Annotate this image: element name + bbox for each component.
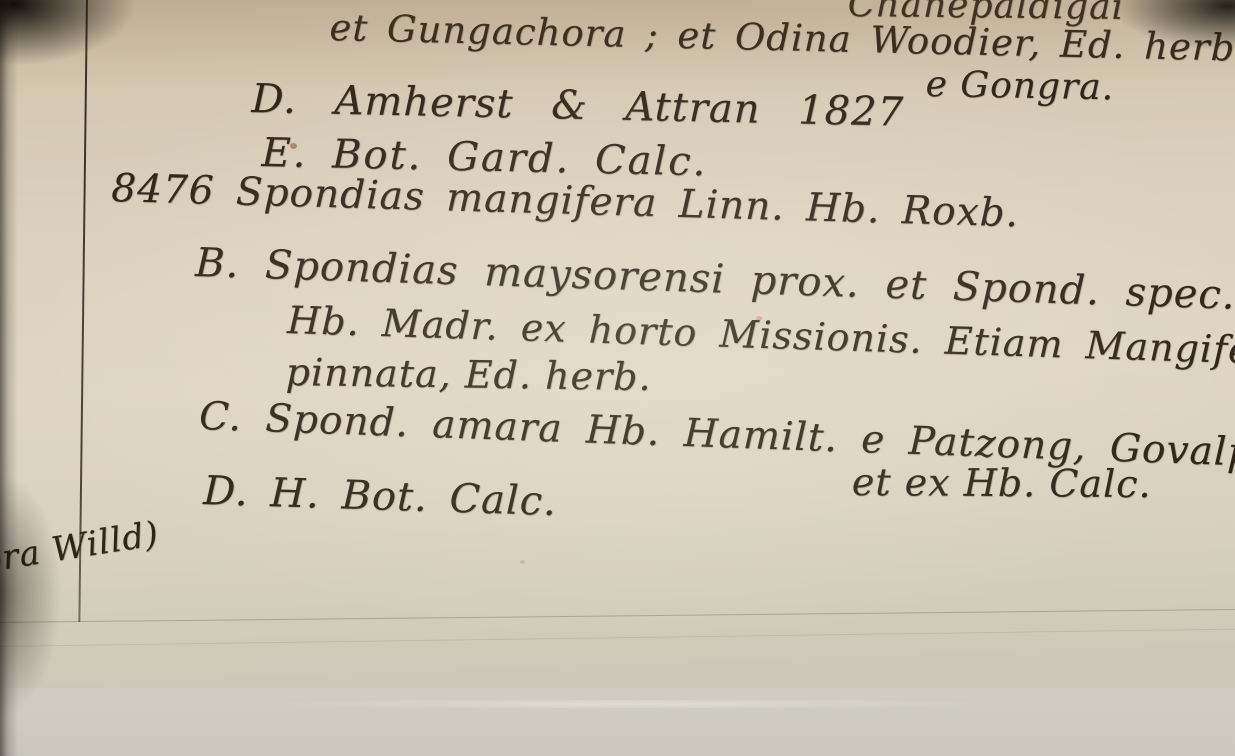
handwriting-line-pinnata: pinnata, Ed. herb. — [285, 350, 652, 399]
paper-sheen-highlight — [180, 700, 1080, 708]
paper-fleck — [520, 560, 525, 564]
bottom-backing-sheet — [0, 688, 1235, 756]
page-bottom-edge-shadow — [0, 628, 1235, 647]
handwriting-line-gongra: e Gongra. — [925, 64, 1114, 108]
page-bottom-edge — [0, 609, 1235, 623]
handwriting-line-hbot: D. H. Bot. Calc. — [203, 468, 558, 525]
handwriting-line-exhb: et ex Hb. Calc. — [852, 460, 1152, 506]
manuscript-photo: Chanepaldigai et Gungachora ; et Odina W… — [0, 0, 1235, 756]
handwriting-line-amherst: D. Amherst & Attran 1827 — [251, 76, 904, 136]
